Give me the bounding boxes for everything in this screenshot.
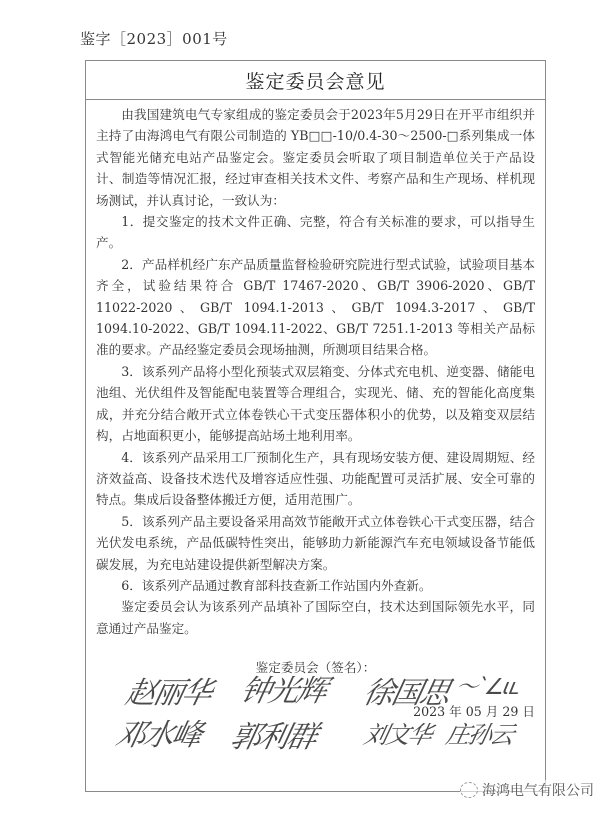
paragraph-item-2: 2．产品样机经广东产品质量监督检验研究院进行型式试验，试验项目基本齐全，试验结果… — [96, 254, 535, 361]
signature: 郭利群 — [229, 727, 318, 748]
paragraph-item-6: 6．该系列产品通过教育部科技查新工作站国内外查新。 — [96, 575, 535, 596]
paragraph-conclusion: 鉴定委员会认为该系列产品填补了国际空白，技术达到国际领先水平，同意通过产品鉴定。 — [96, 596, 535, 639]
signature: 赵丽华 — [124, 683, 213, 704]
signature: 〜ˋ∠ɩʟ — [454, 677, 521, 698]
opinion-frame: 鉴定委员会意见 由我国建筑电气专家组成的鉴定委员会于2023年5月29日在开平市… — [85, 60, 546, 792]
signing-date: 2023 年 05 月 29 日 — [413, 701, 535, 720]
paragraph-intro: 由我国建筑电气专家组成的鉴定委员会于2023年5月29日在开平市组织并主持了由海… — [96, 104, 535, 211]
opinion-body: 由我国建筑电气专家组成的鉴定委员会于2023年5月29日在开平市组织并主持了由海… — [86, 100, 545, 771]
signature-area: 赵丽华 钟光辉 徐国思 〜ˋ∠ɩʟ 邓水峰 郭利群 刘文华 庄孙云 — [96, 681, 535, 771]
title-row: 鉴定委员会意见 — [86, 61, 545, 100]
page-title: 鉴定委员会意见 — [245, 67, 385, 94]
signature: 钟光辉 — [239, 681, 328, 702]
signature: 邓水峰 — [114, 725, 203, 746]
paragraph-item-5: 5．该系列产品主要设备采用高效节能敞开式立体卷铁心干式变压器，结合光伏发电系统，… — [96, 511, 535, 575]
signature: 庄孙云 — [444, 725, 515, 746]
watermark: 海鸿电气有限公司 — [460, 780, 594, 800]
paragraph-item-4: 4．该系列产品采用工厂预制化生产，具有现场安装方便、建设周期短、经济效益高、设备… — [96, 447, 535, 511]
document-number: 鉴字［2023］001号 — [80, 28, 228, 49]
signature: 刘文华 — [362, 725, 433, 746]
wechat-icon — [460, 782, 478, 798]
watermark-text: 海鸿电气有限公司 — [482, 780, 594, 800]
paragraph-item-1: 1．提交鉴定的技术文件正确、完整，符合有关标准的要求，可以指导生产。 — [96, 211, 535, 254]
paragraph-item-3: 3．该系列产品将小型化预装式双层箱变、分体式充电机、逆变器、储能电池组、光伏组件… — [96, 361, 535, 447]
